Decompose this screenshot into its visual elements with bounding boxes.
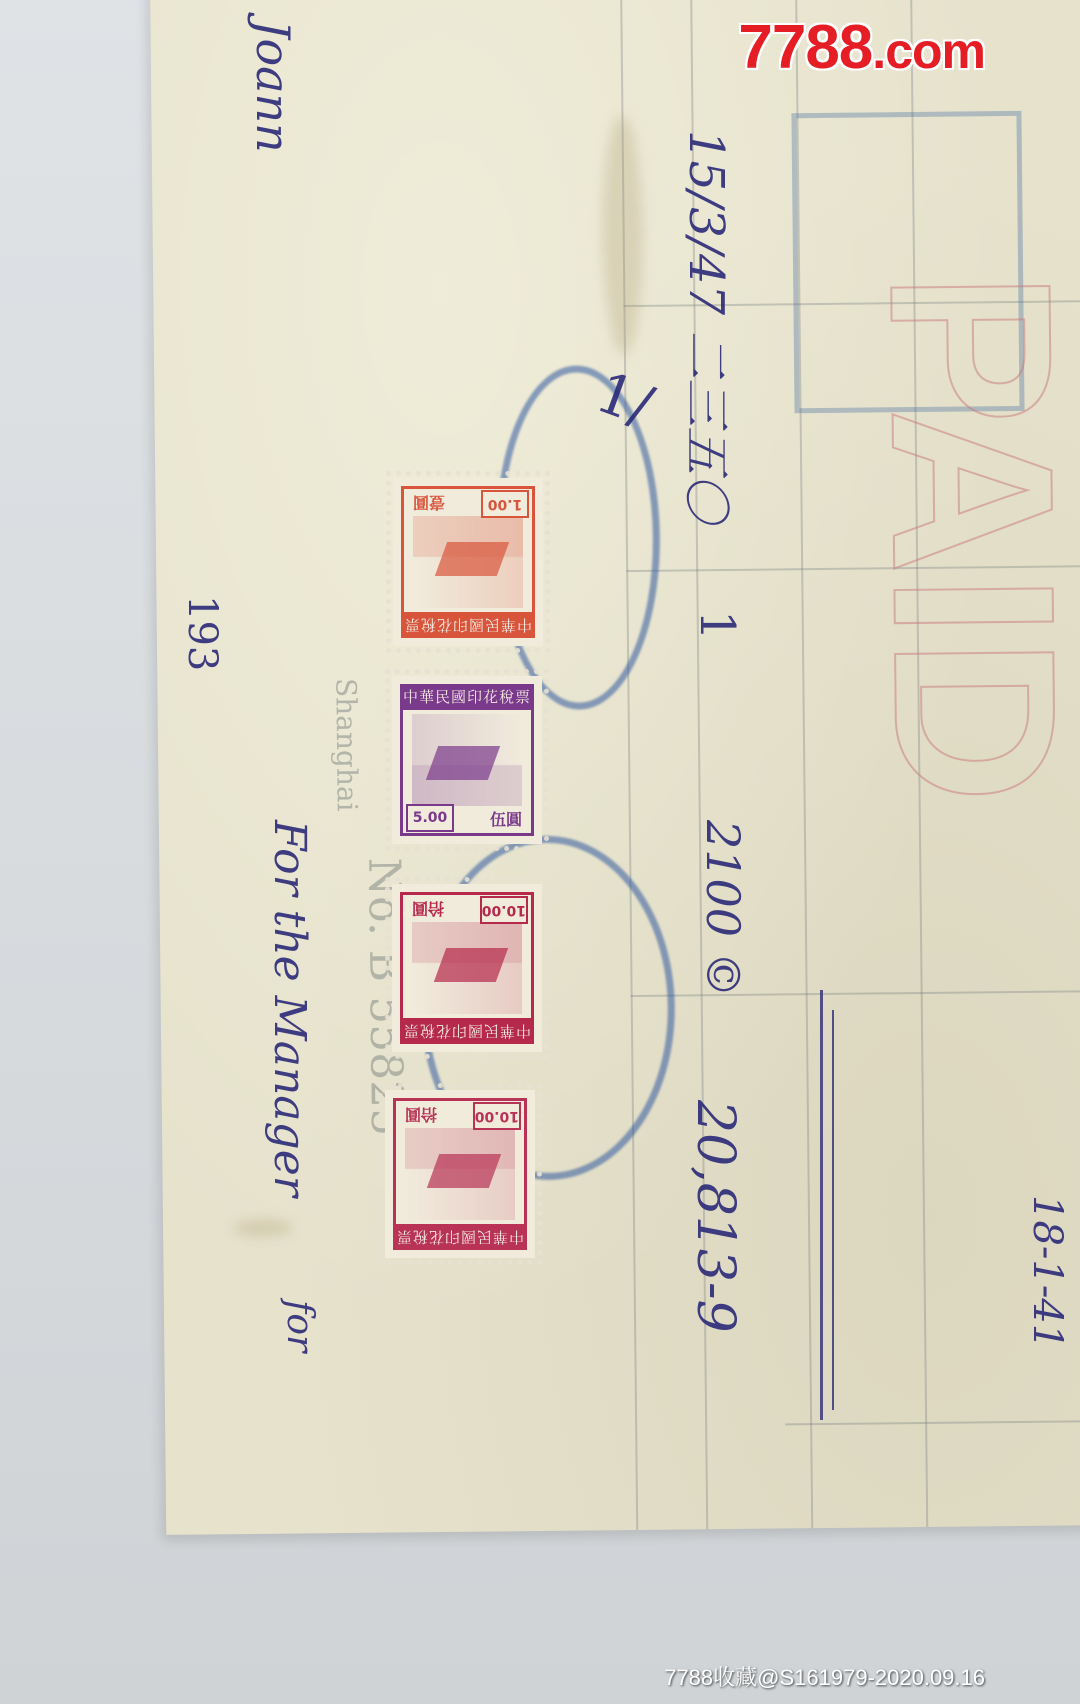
ink-underline bbox=[832, 1010, 834, 1410]
revenue-stamp-1-yuan: 中華民國印花稅票 1.00 壹圓 bbox=[393, 478, 543, 646]
harvester-illustration bbox=[435, 542, 509, 576]
handwritten-signature: For the Manager bbox=[264, 820, 315, 1197]
stamp-denomination: 壹圓 bbox=[407, 490, 451, 514]
stamp-denomination: 拾圓 bbox=[399, 1102, 443, 1126]
watermark-domain: .com bbox=[872, 23, 985, 79]
age-stain bbox=[233, 1219, 293, 1238]
paid-stamp-outline: PAID bbox=[838, 270, 1080, 805]
stamp-inscription: 中華民國印花稅票 bbox=[401, 612, 535, 638]
stamp-denomination: 伍圓 bbox=[484, 808, 528, 832]
printed-city: Shanghai bbox=[329, 678, 363, 812]
stamp-inscription: 中華民國印花稅票 bbox=[393, 1224, 527, 1250]
harvester-illustration bbox=[426, 746, 500, 780]
revenue-stamp-10-yuan: 中華民國印花稅票 10.00 拾圓 bbox=[385, 1090, 535, 1258]
handwritten-for: for bbox=[279, 1300, 320, 1352]
watermark-brand: 7788 bbox=[738, 13, 872, 82]
handwritten-amount: 20,813-9 bbox=[685, 1100, 745, 1333]
revenue-stamp-5-yuan: 中華民國印花稅票 5.00 伍圓 bbox=[392, 676, 542, 844]
image-caption: 7788收藏@S161979-2020.09.16 bbox=[664, 1661, 985, 1692]
stamp-value: 1.00 bbox=[481, 490, 529, 518]
handwritten-reference: 2100 © bbox=[696, 820, 750, 998]
stamp-value: 10.00 bbox=[480, 896, 528, 924]
handwritten-date: 15/3/47 二三五〇 bbox=[676, 130, 745, 522]
site-watermark: 7788.com bbox=[738, 12, 985, 83]
age-stain bbox=[601, 115, 644, 355]
gate-illustration bbox=[427, 1154, 501, 1188]
handwritten-year: 193 bbox=[179, 595, 225, 671]
gate-illustration bbox=[434, 948, 508, 982]
handwritten-quantity: 1 bbox=[689, 610, 745, 641]
stamp-value: 5.00 bbox=[406, 804, 454, 832]
stamp-inscription: 中華民國印花稅票 bbox=[400, 684, 534, 710]
stamp-value: 10.00 bbox=[473, 1102, 521, 1130]
stamp-denomination: 拾圓 bbox=[406, 896, 450, 920]
handwritten-right-edge: 18-1-41 bbox=[1024, 1195, 1070, 1349]
revenue-stamp-10-yuan: 中華民國印花稅票 10.00 拾圓 bbox=[392, 884, 542, 1052]
handwritten-name: Joann bbox=[246, 20, 300, 153]
ink-underline bbox=[820, 990, 823, 1420]
stamp-inscription: 中華民國印花稅票 bbox=[400, 1018, 534, 1044]
row-rule bbox=[785, 1420, 1080, 1426]
